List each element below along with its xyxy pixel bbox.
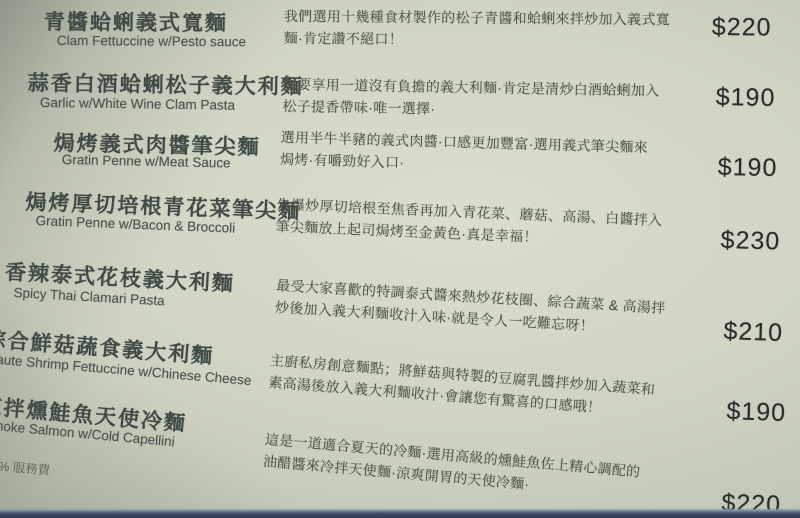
menu-item-price: $190 <box>717 153 777 183</box>
menu-item-description: 選用半牛半豬的義式肉醬·口感更加豐富·選用義式筆尖麵來 焗烤·有嚼勁好入口· <box>280 126 649 181</box>
menu-item-name-en: Garlic w/White Wine Clam Pasta <box>40 95 235 113</box>
table-edge <box>0 508 800 518</box>
menu-item-price: $210 <box>723 317 784 348</box>
menu-item-description: 這是一道適合夏天的冷麵·選用高級的燻鮭魚佐上精心調配的 油醋醬來冷拌天使麵·涼爽… <box>262 428 641 505</box>
menu-item-price: $190 <box>726 397 787 428</box>
menu-item-description: 我們選用十幾種食材製作的松子青醬和蛤蜊來拌炒加入義式寬 麵·肯定讚不絕口！ <box>284 5 670 53</box>
menu-item-price: $220 <box>712 13 772 43</box>
menu-item-description: 最受大家喜歡的特調泰式醬來熱炒花枝圈、綜合蔬菜 & 高湯拌 炒後加入義大利麵收汁… <box>274 274 666 342</box>
menu-item-price: $230 <box>720 226 780 257</box>
service-charge-note: 0% 服務費 <box>0 456 51 479</box>
description-line: 麵·肯定讚不絕口！ <box>284 27 670 53</box>
menu-item-description: 想要享用一道沒有負擔的義大利麵·肯定是清炒白酒蛤蜊加入 松子提香帶味·唯一選擇· <box>282 73 659 124</box>
menu-item-name-en: Gratin Penne w/Meat Sauce <box>62 152 231 171</box>
menu-item-name-en: Clam Fettuccine w/Pesto sauce <box>57 33 246 49</box>
description-line: 我們選用十幾種食材製作的松子青醬和蛤蜊來拌炒加入義式寬 <box>284 5 670 31</box>
menu-item-description: 主廚私房創意麵點；將鮮菇與特製的豆腐乳醬拌炒加入蔬菜和 素高湯後放入義大利麵收汁… <box>268 349 656 423</box>
menu-item-price: $190 <box>715 83 775 113</box>
menu-item-description: 先爆炒厚切培根至焦香再加入青花菜、蘑菇、高湯、白醬拌入 筆尖麵放上起司焗烤至金黃… <box>275 193 663 254</box>
